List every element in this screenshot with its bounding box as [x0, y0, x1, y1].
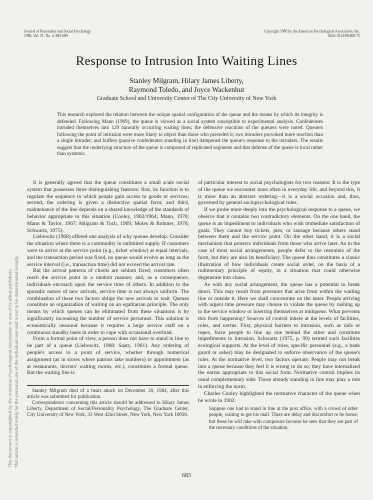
journal-article-page: Journal of Personality and Social Psycho…	[0, 0, 373, 500]
copyright-info: Copyright 1986 by the American Psycholog…	[160, 29, 360, 38]
watermark-line-2: This article is intended solely for the …	[13, 50, 19, 468]
right-column: of particular interest to social psychol…	[198, 180, 360, 432]
authors-line-1: Stanley Milgram, Hilary James Liberty,	[0, 77, 373, 86]
authors: Stanley Milgram, Hilary James Liberty, R…	[0, 77, 373, 96]
body-paragraph: If we probe more deeply into the psychol…	[198, 207, 360, 282]
page-number: 683	[0, 473, 373, 479]
affiliation: Graduate School and University Center of…	[0, 96, 373, 102]
body-paragraph: Liebowitz (1968) offered one analysis of…	[27, 234, 189, 268]
two-column-body: It is generally agreed that the queue co…	[27, 180, 360, 432]
body-paragraph: As with any social arrangement, the queu…	[198, 282, 360, 391]
issn-line: 0022-3514/86/$00.75	[160, 34, 360, 39]
apa-copyright-watermark: This document is copyrighted by the Amer…	[7, 50, 20, 468]
body-paragraph: But the arrival patterns of clients are …	[27, 268, 189, 336]
block-quote: Suppose one had to stand in line at the …	[209, 407, 358, 432]
body-paragraph: It is generally agreed that the queue co…	[27, 180, 189, 234]
body-paragraph: From a formal point of view, a person do…	[27, 336, 189, 377]
paper-title: Response to Intrusion Into Waiting Lines	[0, 53, 373, 69]
left-column: It is generally agreed that the queue co…	[27, 180, 189, 432]
body-paragraph: Charles Cooley highlighted the normative…	[198, 391, 360, 405]
body-paragraph: of particular interest to social psychol…	[198, 180, 360, 207]
author-note: Stanley Milgram died of a heart attack o…	[27, 385, 189, 419]
footnote-paragraph: Correspondence concerning this article s…	[27, 401, 189, 419]
abstract: This research explored the relation betw…	[57, 112, 323, 158]
footnote-paragraph: Stanley Milgram died of a heart attack o…	[27, 389, 189, 401]
authors-line-2: Raymond Toledo, and Joyce Wackenhut	[0, 86, 373, 95]
